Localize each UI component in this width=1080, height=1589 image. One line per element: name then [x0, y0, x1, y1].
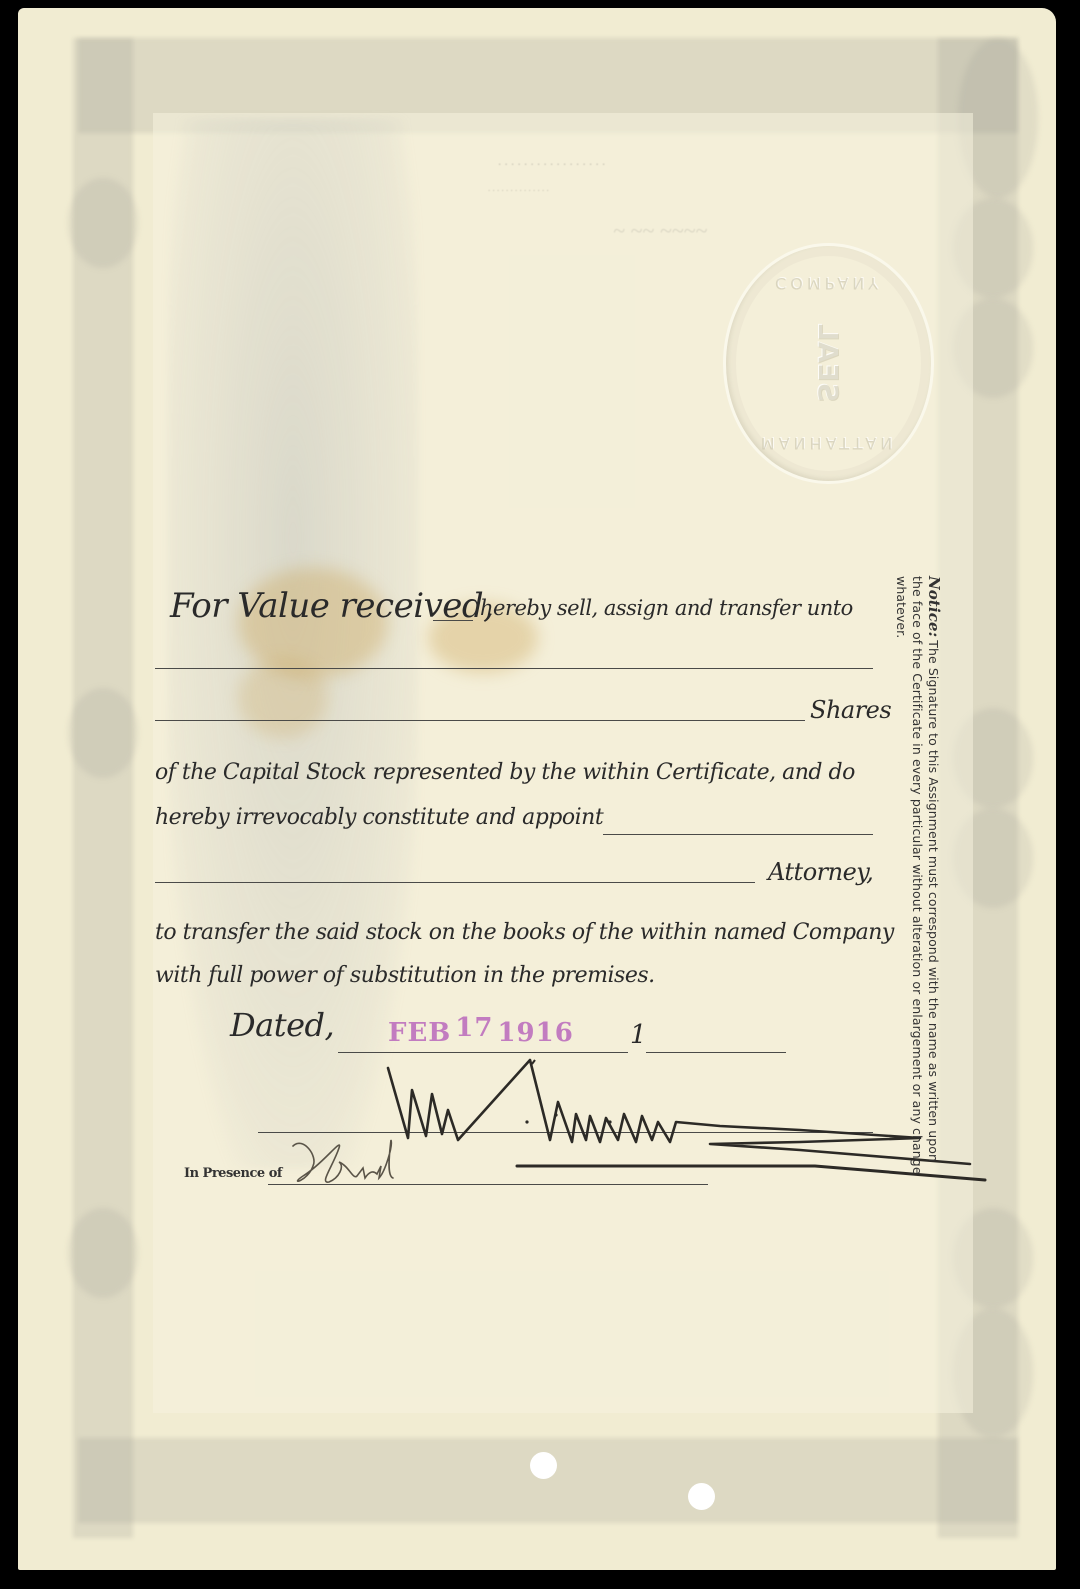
bleed-through-text: . . . . . . . . . . . . . . [488, 183, 549, 193]
irrevocably-appoint-text: hereby irrevocably constitute and appoin… [155, 805, 603, 830]
certificate-paper: . . . . . . . . . . . . . . . . . . . . … [18, 8, 1056, 1570]
power-substitution-text: with full power of substitution in the p… [155, 963, 655, 988]
witness-signature [273, 1126, 423, 1196]
bleed-through-text: . . . . . . . . . . . . . . . . . [498, 153, 605, 169]
attorney-line[interactable] [155, 882, 755, 883]
capital-stock-text: of the Capital Stock represented by the … [155, 760, 855, 785]
scallop [68, 688, 138, 778]
bleed-through-text: ~ ~~ ~~~~ [613, 218, 707, 244]
shares-label: Shares [810, 696, 891, 724]
notice-text: The Signature to this Assignment must co… [894, 576, 941, 1175]
seal-ring-top: MANHATTAN [726, 434, 931, 453]
embossed-seal: MANHATTAN SEAL COMPANY [723, 243, 934, 484]
assignor-signature [380, 1030, 980, 1150]
notice-heading: Notice: [925, 576, 943, 637]
border-bottom-band [78, 1438, 1018, 1523]
water-stain [238, 658, 328, 738]
attorney-name-line[interactable] [603, 834, 873, 835]
dated-label: Dated, [230, 1006, 334, 1044]
assignor-blank [433, 620, 473, 621]
attorney-label: Attorney, [768, 858, 873, 886]
in-presence-of-label: In Presence of [184, 1166, 282, 1181]
shares-line[interactable] [155, 720, 805, 721]
transfer-books-text: to transfer the said stock on the books … [155, 920, 894, 945]
assignee-line[interactable] [155, 668, 873, 669]
scallop [68, 178, 138, 268]
scallop [68, 1208, 138, 1298]
sell-assign-transfer: hereby sell, assign and transfer unto [480, 596, 853, 620]
seal-center: SEAL [812, 324, 845, 403]
signature-notice: Notice:The Signature to this Assignment … [893, 576, 942, 1176]
punch-hole [530, 1452, 557, 1479]
punch-hole [688, 1483, 715, 1510]
seal-ring-bottom: COMPANY [726, 274, 931, 293]
